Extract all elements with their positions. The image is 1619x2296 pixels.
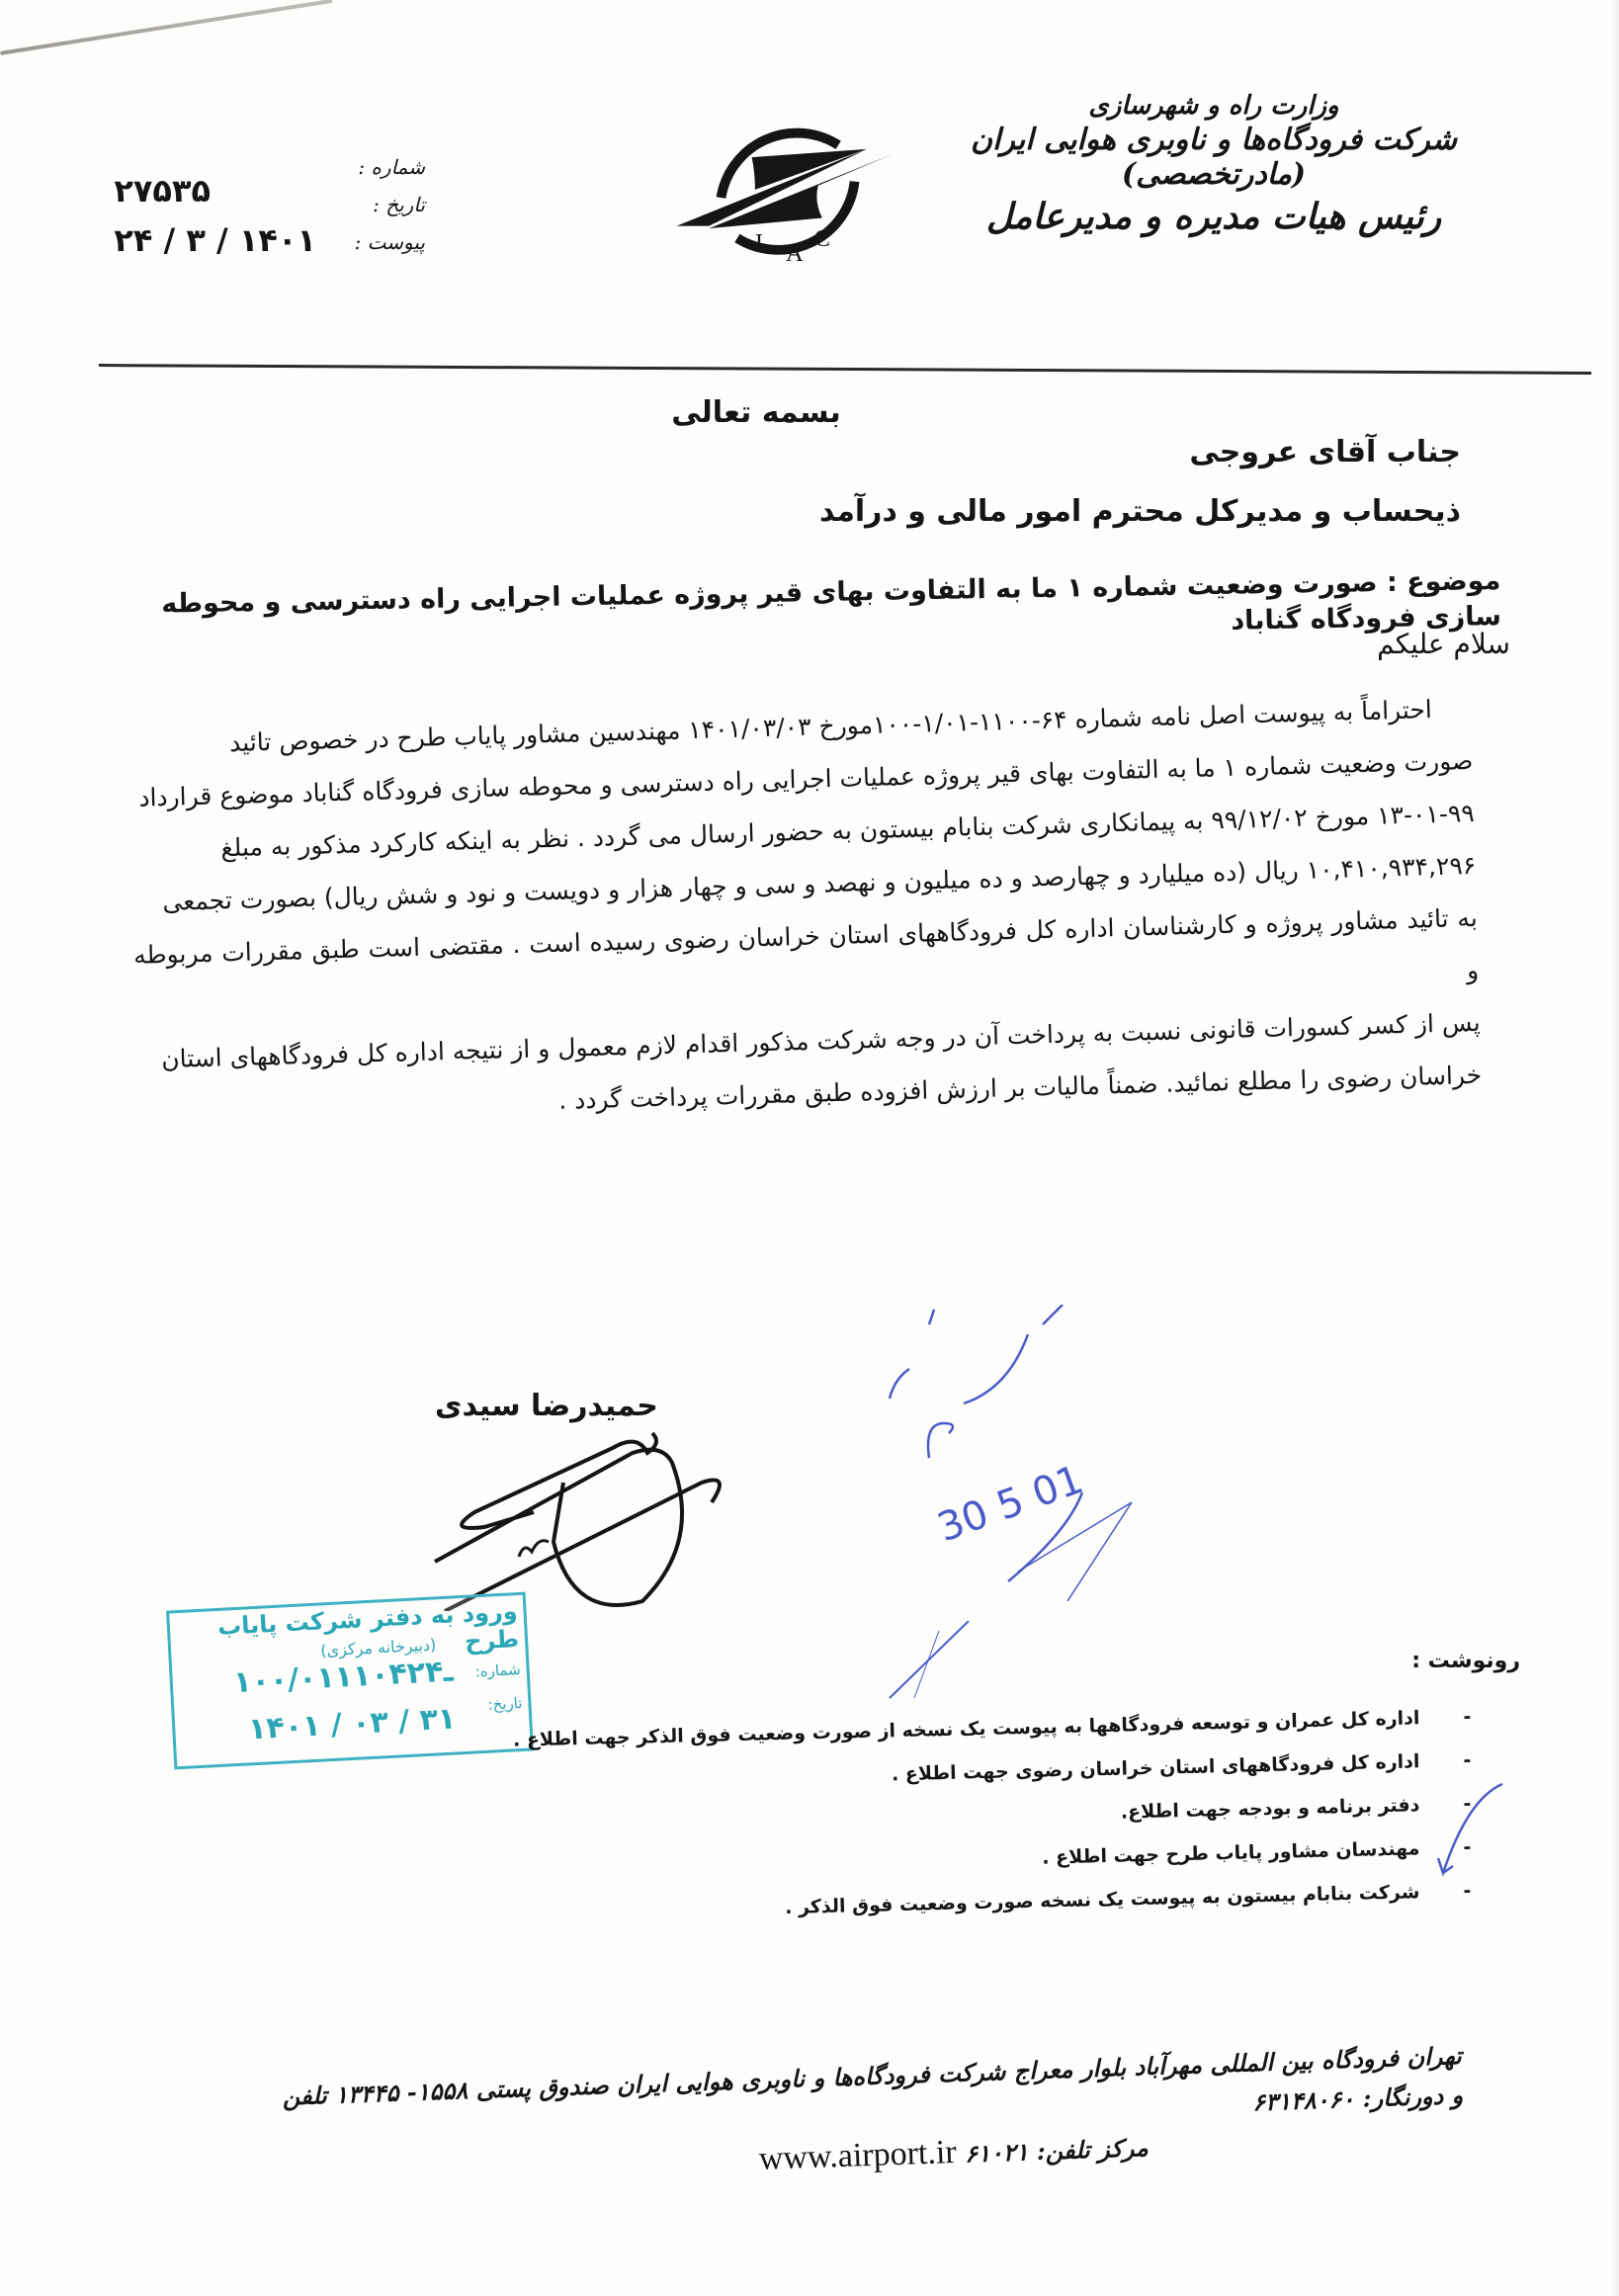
ministry-name: وزارت راه و شهرسازی — [957, 91, 1471, 121]
header-divider — [99, 364, 1591, 375]
bismillah: بسمه تعالی — [593, 395, 919, 430]
iac-logo-icon: I A C — [652, 109, 919, 287]
website-link[interactable]: www.airport.ir — [758, 2134, 957, 2177]
recipient-name: جناب آقای عروجی — [571, 435, 1461, 469]
central-phone: مرکز تلفن: ۶۱۰۲۱ — [965, 2133, 1150, 2168]
recipient-title: ذیحساب و مدیرکل محترم امور مالی و درآمد — [571, 494, 1461, 529]
letter-date: ۱۴۰۱ / ۳ / ۲۴ — [114, 215, 316, 265]
footer-address: تهران فرودگاه بین المللی مهرآباد بلوار م… — [276, 2036, 1466, 2198]
stamp-number-label: شماره: — [474, 1660, 521, 1680]
company-name: شرکت فرودگاه‌ها و ناوبری هوایی ایران (ما… — [957, 123, 1471, 192]
attachment-label: پیوست : — [355, 223, 425, 261]
bullet-icon: - — [1463, 1745, 1472, 1775]
letter-meta: شماره : تاریخ : پیوست : ۲۷۵۳۵ ۱۴۰۱ / ۳ /… — [109, 148, 425, 297]
handwritten-note-icon: 30 5 01 — [870, 1305, 1186, 1601]
scan-edge — [1609, 0, 1619, 2296]
check-mark-icon — [1423, 1779, 1512, 1888]
stamp-date: ۱۴۰۱ / ۰۳ / ۳۱ — [247, 1701, 457, 1746]
letterhead: وزارت راه و شهرسازی شرکت فرودگاه‌ها و نا… — [957, 91, 1471, 237]
svg-text:A: A — [786, 240, 804, 267]
received-stamp: ورود به دفتر شرکت پایاب طرح (دبیرخانه مر… — [166, 1592, 534, 1770]
date-label: تاریخ : — [355, 186, 425, 223]
svg-text:I: I — [755, 229, 763, 256]
signature-icon — [415, 1394, 741, 1611]
subject-line: موضوع : صورت وضعیت شماره ۱ ما به التفاوت… — [117, 563, 1501, 658]
letter-body: احتراماً به پیوست اصل نامه شماره ۶۴-۱۱۰۰… — [128, 682, 1483, 1139]
pen-stroke-icon — [870, 1621, 979, 1700]
number-label: شماره : — [355, 148, 425, 186]
cc-title: رونوشت : — [1411, 1649, 1520, 1673]
scan-artifact-line — [0, 0, 332, 55]
svg-text:30 5 01: 30 5 01 — [932, 1457, 1089, 1551]
greeting: سلام علیکم — [1377, 628, 1510, 660]
cc-list: -اداره کل عمران و توسعه فرودگاهها به پیو… — [482, 1702, 1471, 1919]
letter-number: ۲۷۵۳۵ — [114, 166, 316, 215]
svg-text:C: C — [814, 225, 830, 252]
sender-title: رئیس هیات مدیره و مدیرعامل — [957, 196, 1471, 237]
bullet-icon: - — [1463, 1702, 1472, 1732]
